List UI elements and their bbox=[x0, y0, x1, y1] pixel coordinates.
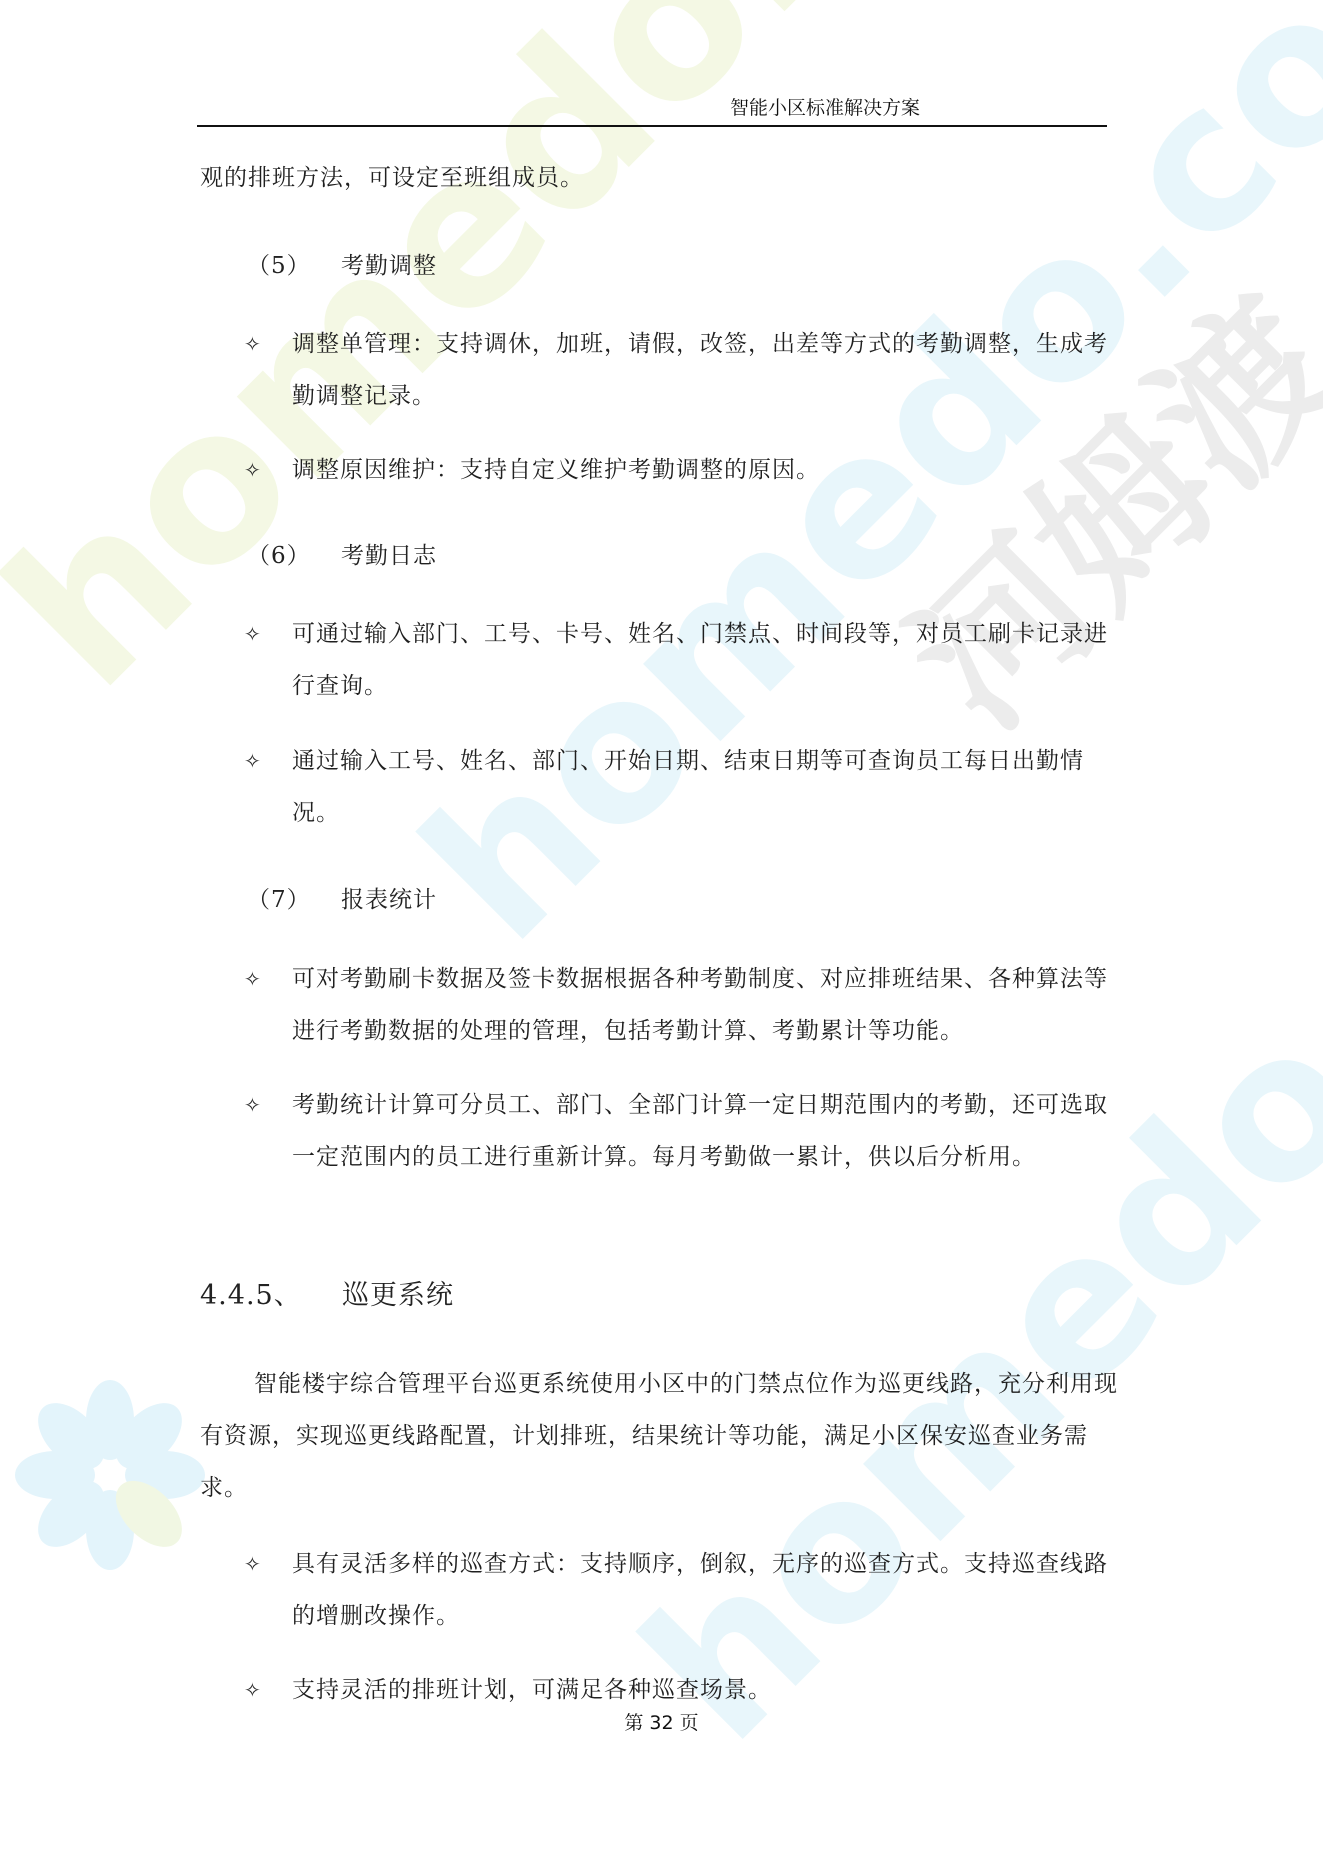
diamond-bullet-icon: ✧ bbox=[244, 1079, 262, 1131]
subsection-heading-7: （7）报表统计 bbox=[247, 881, 437, 914]
bullet-text: 调整原因维护：支持自定义维护考勤调整的原因。 bbox=[292, 444, 1124, 496]
bullet-text: 考勤统计计算可分员工、部门、全部门计算一定日期范围内的考勤，还可选取一定范围内的… bbox=[292, 1079, 1124, 1183]
subsection-title: 考勤调整 bbox=[341, 253, 437, 279]
bullet-item: ✧ 通过输入工号、姓名、部门、开始日期、结束日期等可查询员工每日出勤情况。 bbox=[244, 735, 1124, 839]
subsection-heading-5: （5）考勤调整 bbox=[247, 247, 437, 280]
subsection-number: （6） bbox=[247, 537, 341, 570]
subsection-title: 考勤日志 bbox=[341, 543, 437, 569]
section-heading-4-4-5: 4.4.5、巡更系统 bbox=[200, 1273, 454, 1312]
header-divider bbox=[197, 125, 1107, 127]
subsection-title: 报表统计 bbox=[341, 887, 437, 913]
section-intro-paragraph: 智能楼宇综合管理平台巡更系统使用小区中的门禁点位作为巡更线路，充分利用现有资源，… bbox=[200, 1358, 1125, 1514]
bullet-text: 调整单管理：支持调休，加班，请假，改签，出差等方式的考勤调整，生成考勤调整记录。 bbox=[292, 318, 1124, 422]
page-header-title: 智能小区标准解决方案 bbox=[730, 93, 920, 120]
continuation-text: 观的排班方法，可设定至班组成员。 bbox=[200, 152, 584, 204]
diamond-bullet-icon: ✧ bbox=[244, 1538, 262, 1590]
diamond-bullet-icon: ✧ bbox=[244, 608, 262, 660]
bullet-text: 可通过输入部门、工号、卡号、姓名、门禁点、时间段等，对员工刷卡记录进行查询。 bbox=[292, 608, 1124, 712]
diamond-bullet-icon: ✧ bbox=[244, 953, 262, 1005]
subsection-number: （7） bbox=[247, 881, 341, 914]
bullet-text: 可对考勤刷卡数据及签卡数据根据各种考勤制度、对应排班结果、各种算法等进行考勤数据… bbox=[292, 953, 1124, 1057]
subsection-heading-6: （6）考勤日志 bbox=[247, 537, 437, 570]
bullet-item: ✧ 调整原因维护：支持自定义维护考勤调整的原因。 bbox=[244, 444, 1124, 496]
bullet-item: ✧ 可通过输入部门、工号、卡号、姓名、门禁点、时间段等，对员工刷卡记录进行查询。 bbox=[244, 608, 1124, 712]
subsection-number: （5） bbox=[247, 247, 341, 280]
section-number: 4.4.5、 bbox=[200, 1273, 342, 1312]
diamond-bullet-icon: ✧ bbox=[244, 318, 262, 370]
bullet-item: ✧ 具有灵活多样的巡查方式：支持顺序，倒叙，无序的巡查方式。支持巡查线路的增删改… bbox=[244, 1538, 1124, 1642]
page-number: 第 32 页 bbox=[0, 1708, 1323, 1735]
bullet-item: ✧ 可对考勤刷卡数据及签卡数据根据各种考勤制度、对应排班结果、各种算法等进行考勤… bbox=[244, 953, 1124, 1057]
bullet-item: ✧ 调整单管理：支持调休，加班，请假，改签，出差等方式的考勤调整，生成考勤调整记… bbox=[244, 318, 1124, 422]
section-title: 巡更系统 bbox=[342, 1280, 454, 1311]
document-page: 智能小区标准解决方案 观的排班方法，可设定至班组成员。 （5）考勤调整 ✧ 调整… bbox=[0, 0, 1323, 1871]
bullet-text: 通过输入工号、姓名、部门、开始日期、结束日期等可查询员工每日出勤情况。 bbox=[292, 735, 1124, 839]
bullet-item: ✧ 考勤统计计算可分员工、部门、全部门计算一定日期范围内的考勤，还可选取一定范围… bbox=[244, 1079, 1124, 1183]
diamond-bullet-icon: ✧ bbox=[244, 735, 262, 787]
bullet-text: 具有灵活多样的巡查方式：支持顺序，倒叙，无序的巡查方式。支持巡查线路的增删改操作… bbox=[292, 1538, 1124, 1642]
diamond-bullet-icon: ✧ bbox=[244, 444, 262, 496]
